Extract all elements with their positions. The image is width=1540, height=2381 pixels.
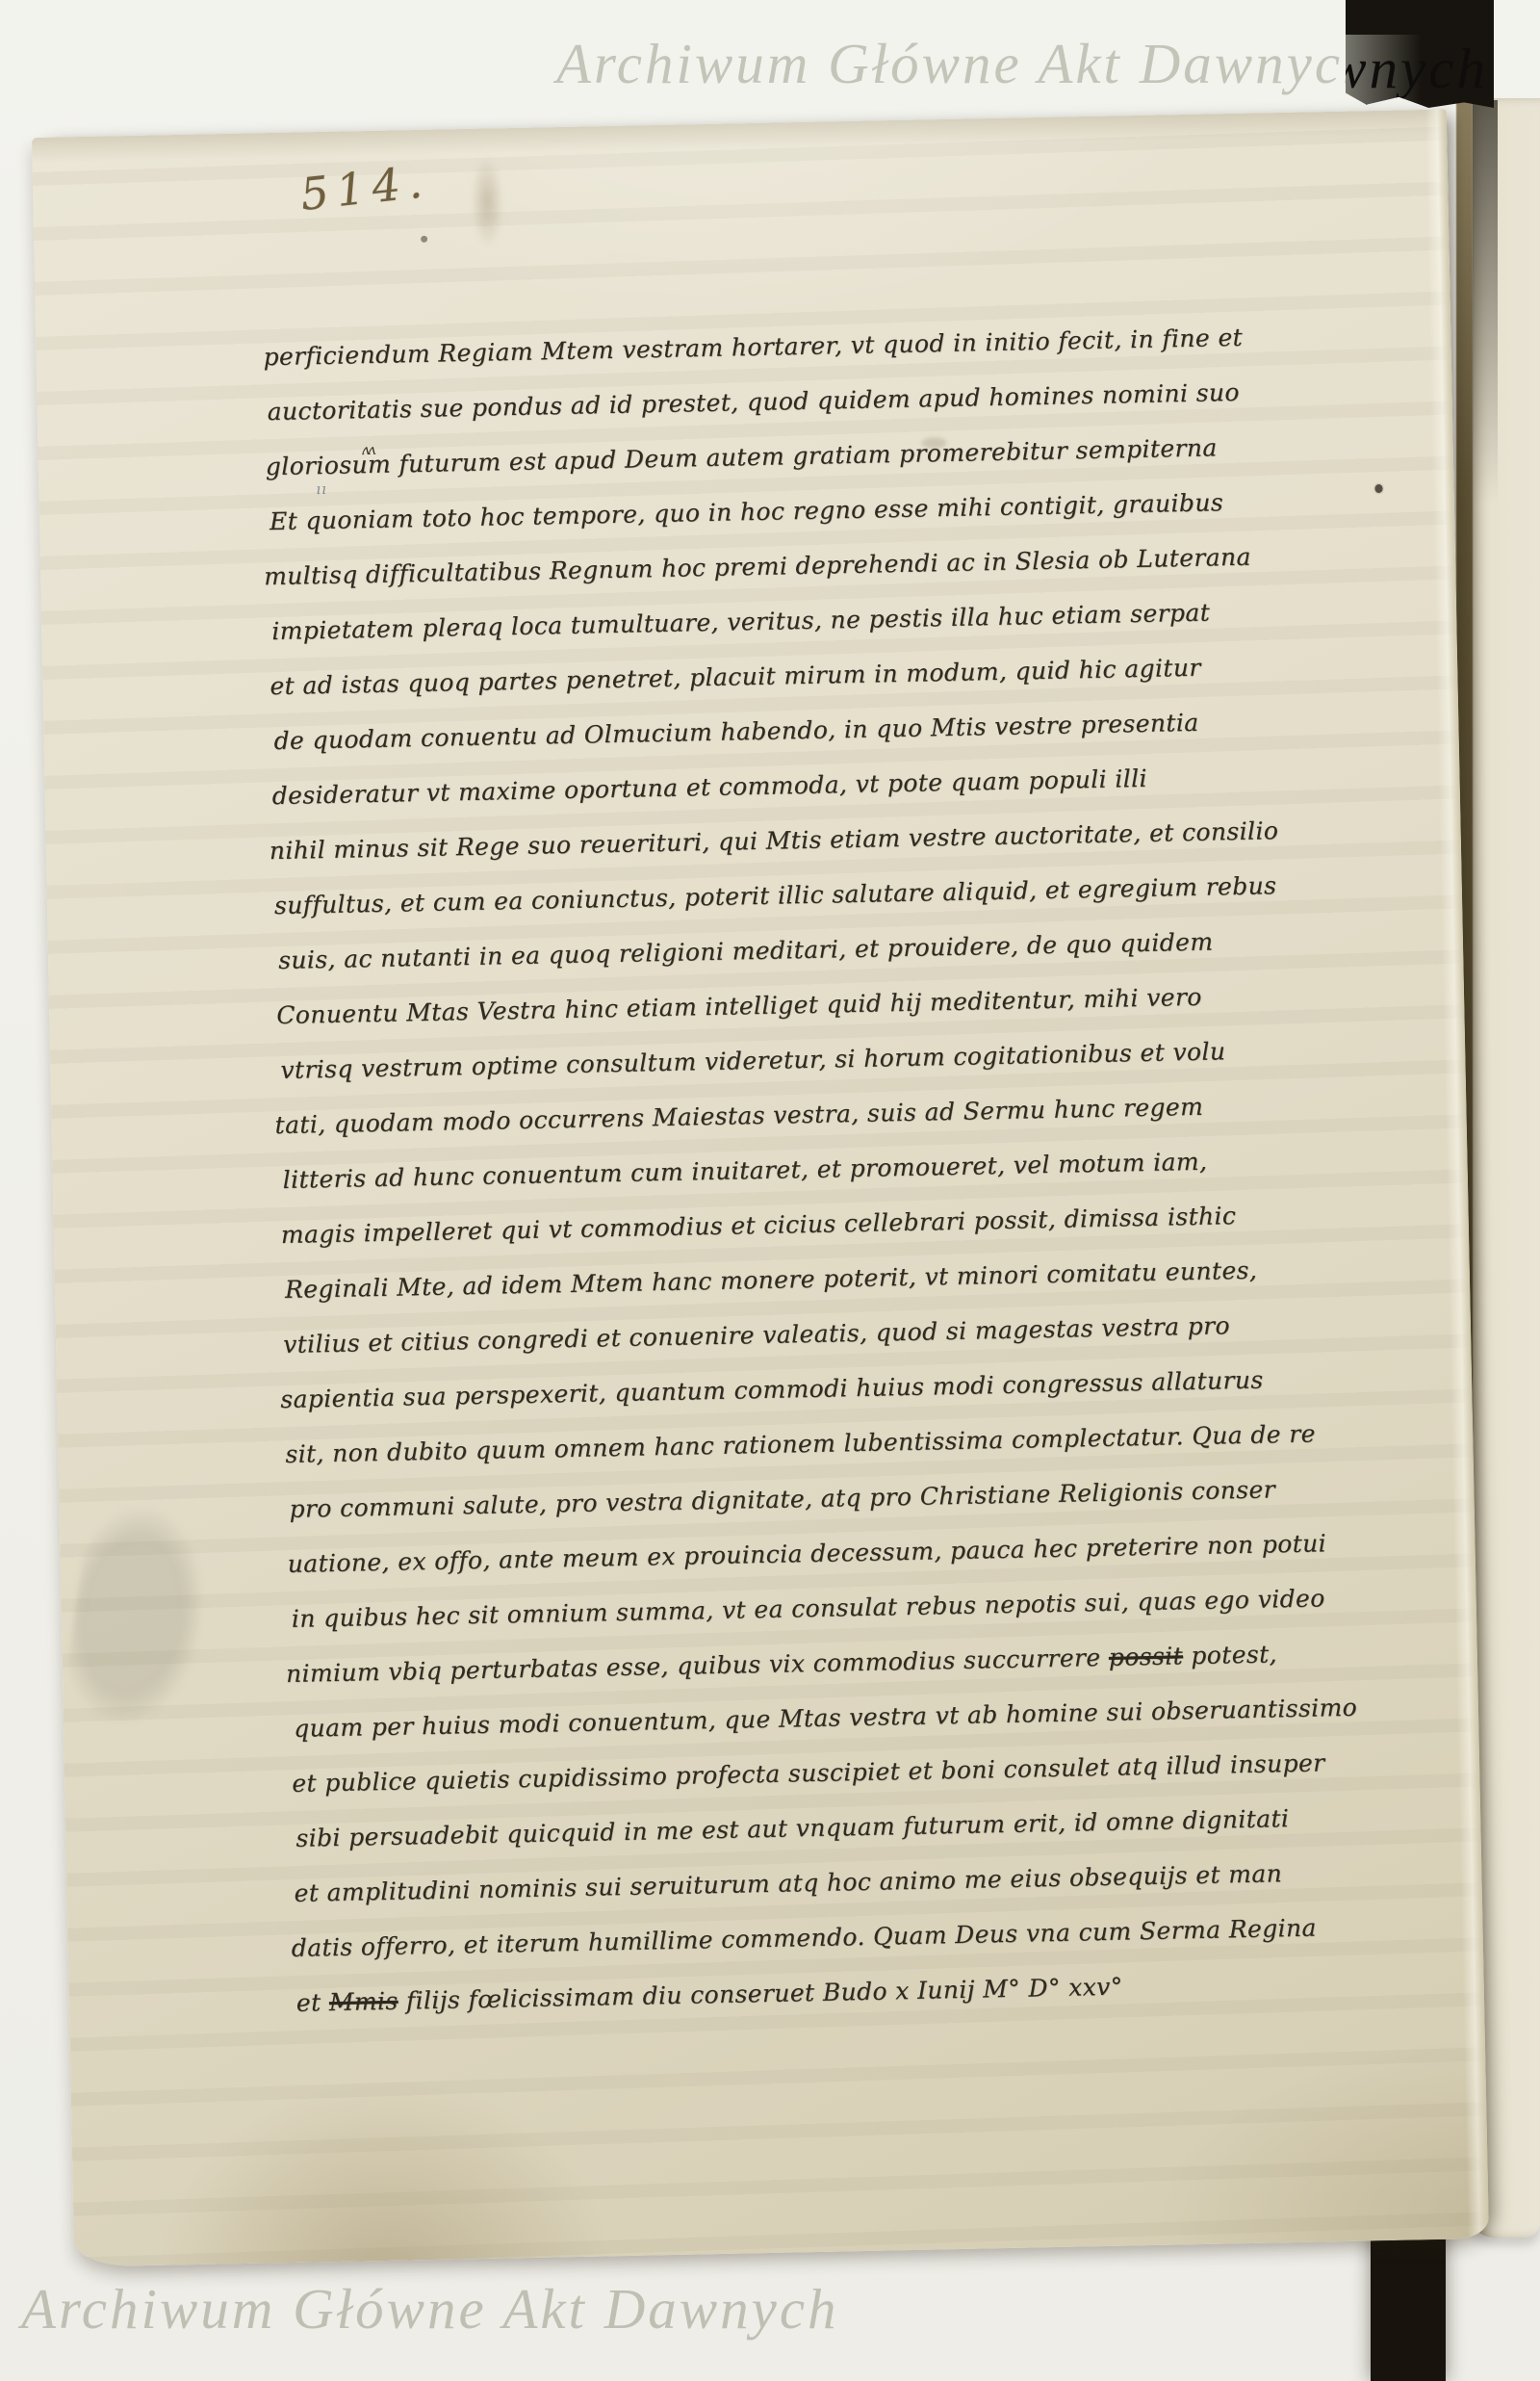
archive-watermark-tail: wnych (1328, 36, 1488, 102)
archive-watermark-top: Archiwum Główne Akt Dawnych (556, 31, 1374, 97)
archive-watermark-bottom: Archiwum Główne Akt Dawnych (21, 2276, 839, 2342)
paper-speck (421, 236, 427, 243)
black-band-top: wnych (1346, 0, 1494, 108)
archival-scan: Archiwum Główne Akt Dawnych wnych 514. ʌ… (0, 0, 1540, 2381)
manuscript-lines: perficiendum Regiam Mtem vestram hortare… (263, 307, 1432, 2031)
binding-crease-wedge (1473, 100, 1498, 505)
folio-number: 514. (298, 155, 432, 220)
manuscript-page: 514. ʌʌ ıı perficiendum Regiam Mtem vest… (32, 109, 1489, 2266)
ink-smudge (470, 155, 504, 248)
